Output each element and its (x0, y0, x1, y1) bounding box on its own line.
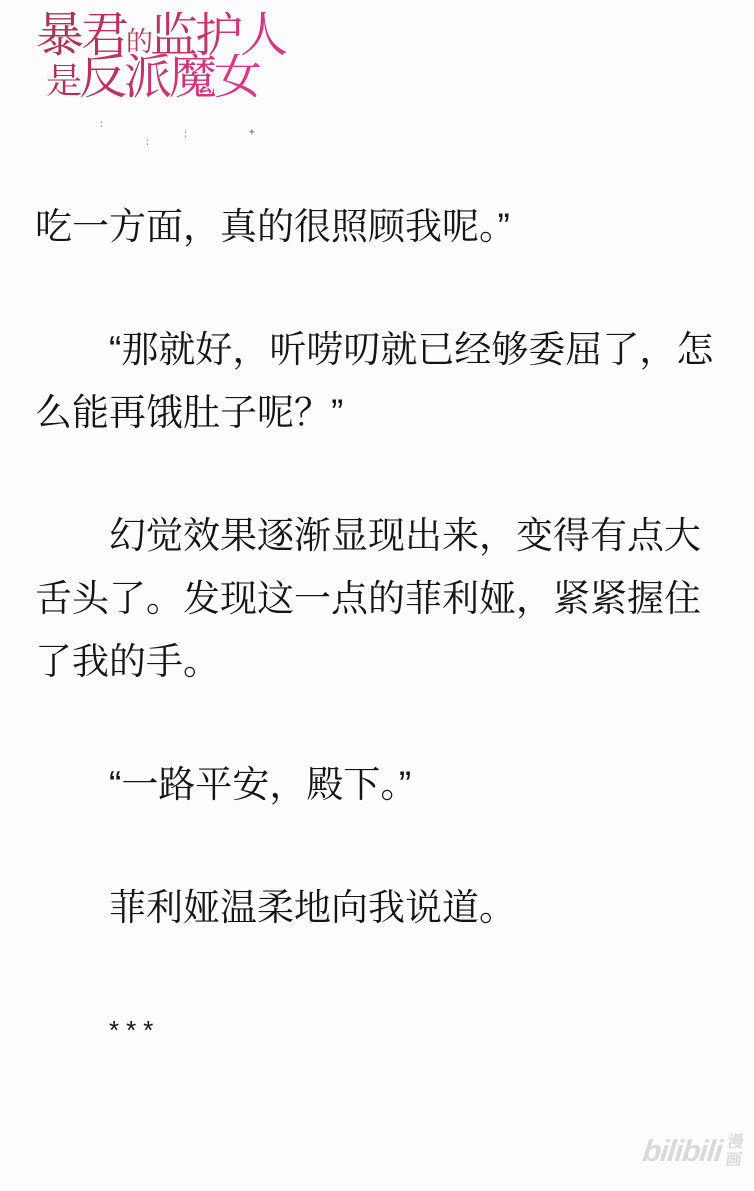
novel-text-body: 吃一方面，真的很照顾我呢。” “那就好，听唠叨就已经够委屈了，怎么能再饿肚子呢？… (35, 195, 719, 1122)
bilibili-logo-text: bilibili (642, 1136, 724, 1166)
series-title-logo: 暴君的监护人 是反派魔女 ∶ ∶ ∶ ✦ ∶ (36, 12, 296, 102)
paragraph: “一路平安，殿下。” (35, 753, 719, 816)
paragraph: 幻觉效果逐渐显现出来，变得有点大舌头了。发现这一点的菲利娅，紧紧握住了我的手。 (35, 504, 719, 693)
sparkle-icon: ✦ (248, 128, 256, 137)
manhua-label: 漫画 (725, 1134, 746, 1169)
paragraph: “那就好，听唠叨就已经够委屈了，怎么能再饿肚子呢？” (35, 318, 719, 444)
novel-reader-page: 暴君的监护人 是反派魔女 ∶ ∶ ∶ ✦ ∶ 吃一方面，真的很照顾我呢。” “那… (0, 0, 754, 1191)
sparkle-icon: ∶ (184, 130, 187, 141)
bilibili-watermark: bilibili 漫画 (641, 1134, 745, 1169)
sparkle-icon: ∶ (262, 22, 265, 33)
logo-text-shi: 是 (46, 61, 79, 101)
sparkle-icon: ∶ (100, 120, 103, 131)
sparkle-icon: ∶ (146, 138, 149, 149)
paragraph: 菲利娅温柔地向我说道。 (35, 876, 719, 939)
paragraph: 吃一方面，真的很照顾我呢。” (35, 195, 719, 258)
logo-line-2: 是反派魔女 (46, 54, 296, 102)
scene-divider: *** (35, 999, 719, 1062)
logo-text-fanpaimonv: 反派魔女 (79, 51, 259, 104)
